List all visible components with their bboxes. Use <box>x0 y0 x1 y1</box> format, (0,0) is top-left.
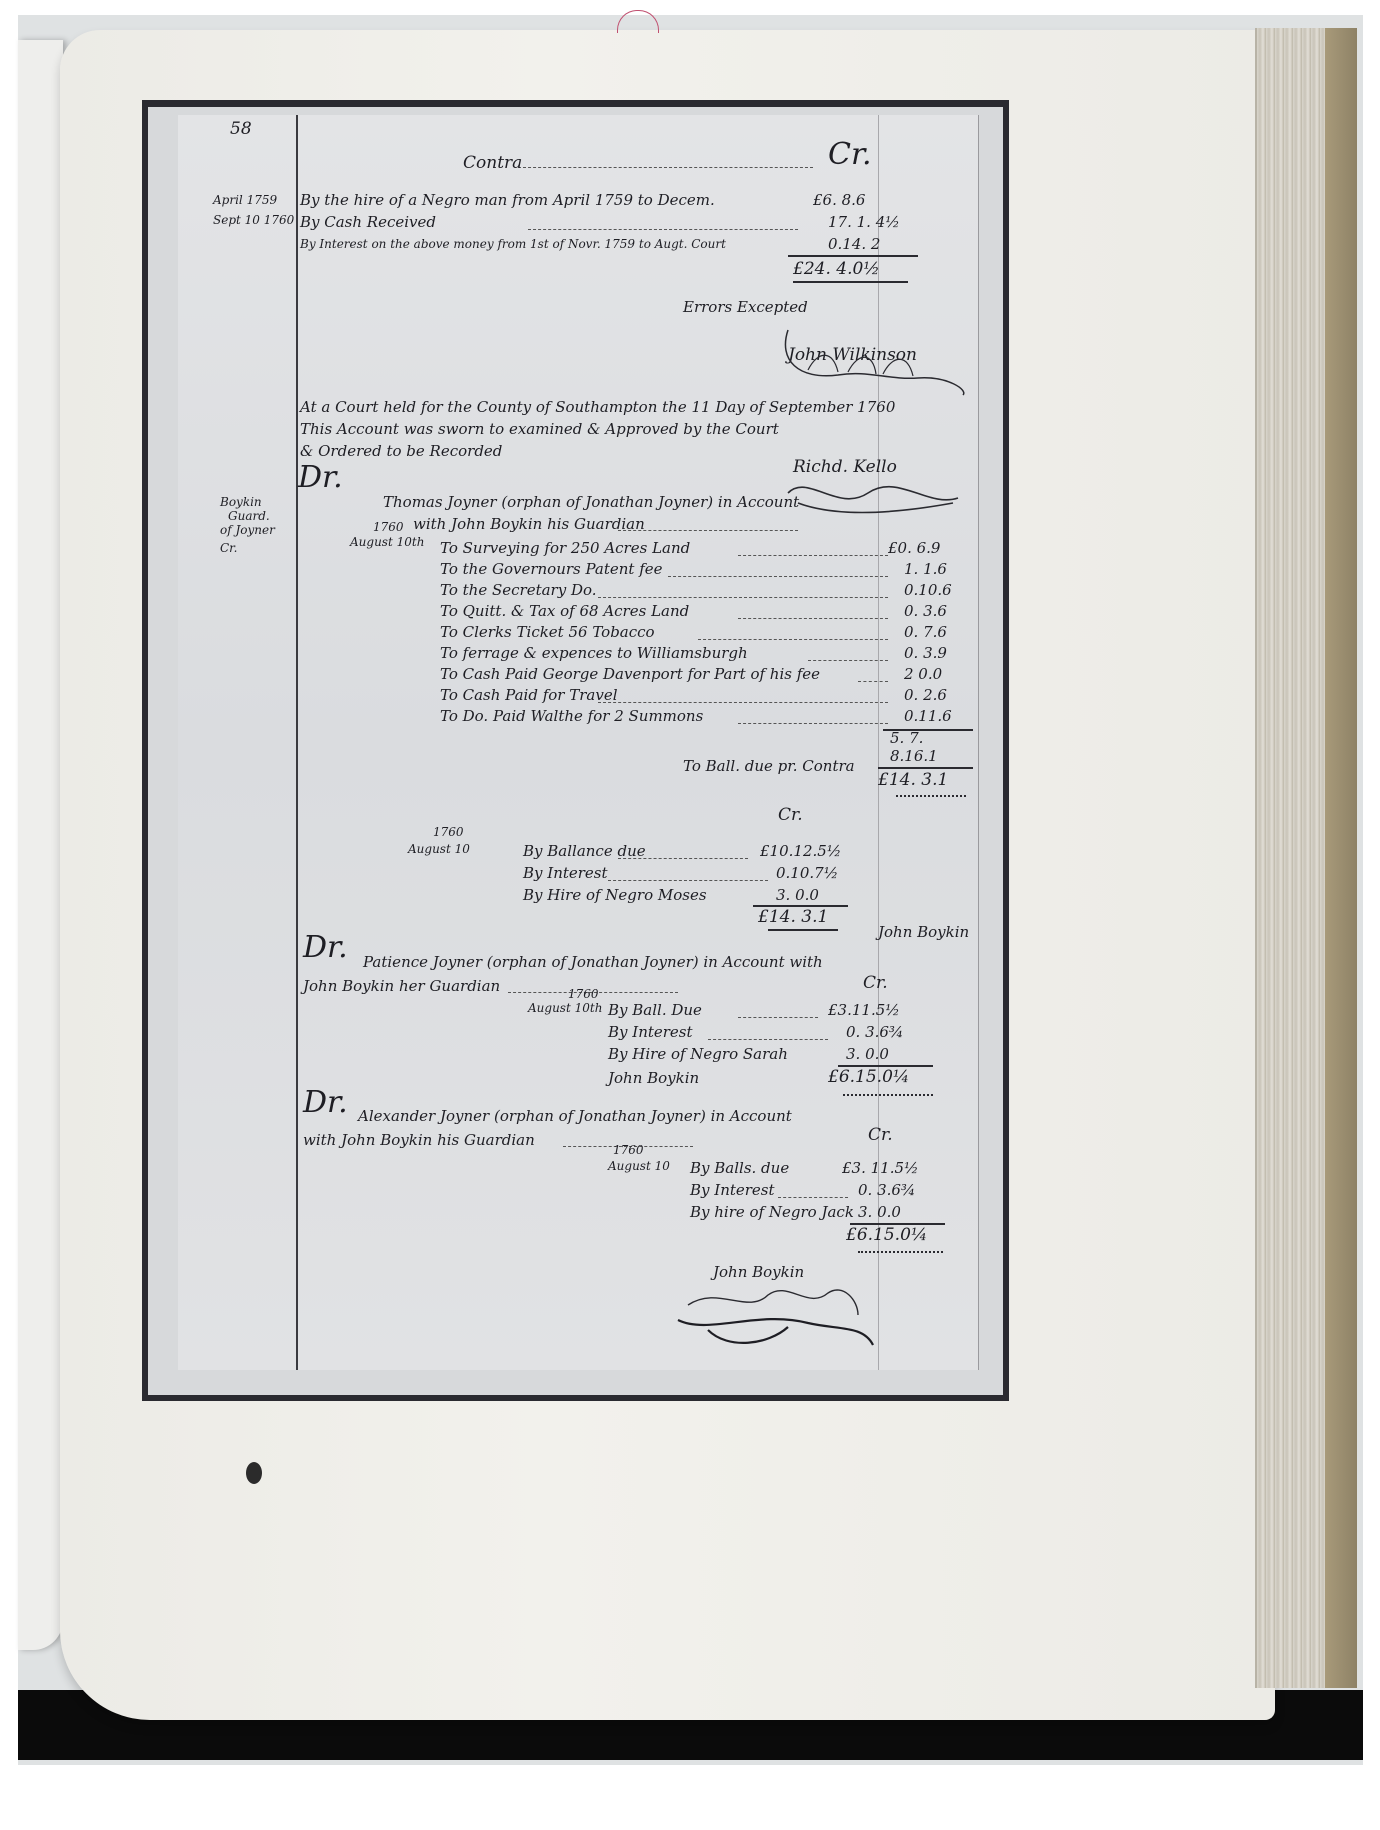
signature-boykin: John Boykin <box>878 923 969 941</box>
ledger-page: 58 Contra Cr. April 1759 Sept 10 1760 By… <box>178 115 979 1370</box>
entry-year: 1760 <box>613 1143 644 1157</box>
ledger-entry-amount: £0. 6.9 <box>888 539 940 557</box>
library-stamp-mark <box>617 10 659 33</box>
ledger-entry-amount: 0. 7.6 <box>904 623 947 641</box>
ledger-entry-text: To the Secretary Do. <box>440 581 597 599</box>
cr-heading: Cr. <box>828 137 872 172</box>
leader-line <box>668 576 888 577</box>
margin-note: of Joyner <box>220 523 275 537</box>
book-cover-edge <box>1325 28 1357 1688</box>
ledger-entry-amount: £3.11.5½ <box>828 1001 900 1019</box>
page-number: 58 <box>230 119 252 139</box>
subtotal-amount: 5. 7. <box>890 729 923 747</box>
book-fore-edge <box>1255 28 1357 1688</box>
double-rule <box>768 929 838 931</box>
leader-line <box>608 880 768 881</box>
leader-line <box>738 618 888 619</box>
ledger-entry-text: To Clerks Ticket 56 Tobacco <box>440 623 655 641</box>
signature-flourish <box>778 320 978 400</box>
ledger-entry-text: By hire of Negro Jack <box>690 1203 854 1221</box>
entry-date: Sept 10 1760 <box>213 213 294 227</box>
header-leader <box>523 167 813 168</box>
leader-line <box>528 229 798 230</box>
account-total: £6.15.0¼ <box>828 1067 909 1087</box>
ledger-entry-text: To ferrage & expences to Williamsburgh <box>440 644 748 662</box>
account-heading: Alexander Joyner (orphan of Jonathan Joy… <box>358 1107 792 1125</box>
leader-line <box>738 555 888 556</box>
signature-flourish <box>778 473 978 523</box>
margin-note: Boykin <box>220 495 262 509</box>
court-record-line: This Account was sworn to examined & App… <box>300 420 779 438</box>
ledger-entry-text: By Interest <box>523 864 608 882</box>
ledger-entry-amount: 0.14. 2 <box>828 235 880 253</box>
ledger-entry-amount: 3. 0.0 <box>858 1203 901 1221</box>
ledger-entry-text: By Interest <box>608 1023 693 1041</box>
margin-note: Guard. <box>228 509 270 523</box>
entry-date: August 10th <box>528 1001 602 1015</box>
account-heading: with John Boykin his Guardian <box>413 515 645 533</box>
leader-line <box>598 702 888 703</box>
ledger-entry-amount: 3. 0.0 <box>776 886 819 904</box>
ledger-entry-text: By Hire of Negro Sarah <box>608 1045 788 1063</box>
cr-heading: Cr. <box>863 973 888 993</box>
account-heading: Thomas Joyner (orphan of Jonathan Joyner… <box>383 493 799 511</box>
leader-line <box>708 1039 828 1040</box>
ledger-entry-text: To Surveying for 250 Acres Land <box>440 539 690 557</box>
court-record-line: & Ordered to be Recorded <box>300 442 502 460</box>
ledger-entry-text: To Ball. due pr. Contra <box>683 757 855 775</box>
margin-note: Cr. <box>220 541 237 555</box>
leader-line <box>778 1197 848 1198</box>
errors-excepted-note: Errors Excepted <box>683 298 808 316</box>
ledger-entry-text: To Do. Paid Walthe for 2 Summons <box>440 707 703 725</box>
left-page-edge <box>18 40 63 1650</box>
stand-screw-icon <box>246 1462 262 1484</box>
ledger-entry-text: To Quitt. & Tax of 68 Acres Land <box>440 602 689 620</box>
cr-heading: Cr. <box>868 1125 893 1145</box>
double-rule <box>843 1090 933 1096</box>
dr-heading: Dr. <box>298 460 343 495</box>
ledger-entry-amount: 0.10.7½ <box>776 864 838 882</box>
ledger-entry-amount: 8.16.1 <box>890 747 938 765</box>
ledger-entry-amount: 0. 2.6 <box>904 686 947 704</box>
ledger-entry-amount: 0. 3.6 <box>904 602 947 620</box>
entry-year: 1760 <box>373 520 404 534</box>
facsimile-frame: 58 Contra Cr. April 1759 Sept 10 1760 By… <box>142 100 1009 1401</box>
account-heading: John Boykin her Guardian <box>303 977 500 995</box>
signature-boykin: John Boykin <box>608 1069 699 1087</box>
ledger-entry-text: By Cash Received <box>300 213 436 231</box>
leader-line <box>618 858 748 859</box>
ledger-entry-amount: 0.10.6 <box>904 581 952 599</box>
ledger-entry-amount: £10.12.5½ <box>760 842 841 860</box>
signature-flourish <box>668 1275 888 1355</box>
leader-line <box>598 597 888 598</box>
double-rule <box>793 281 908 283</box>
ledger-entry-amount: £3. 11.5½ <box>842 1159 919 1177</box>
entry-date: August 10th <box>350 535 424 549</box>
ledger-entry-amount: £6. 8.6 <box>813 191 865 209</box>
account-total: £6.15.0¼ <box>846 1225 927 1245</box>
margin-rule <box>296 115 298 1370</box>
sum-rule <box>788 255 918 257</box>
ledger-entry-text: By Ball. Due <box>608 1001 702 1019</box>
ledger-entry-text: To Cash Paid George Davenport for Part o… <box>440 665 820 683</box>
ledger-entry-amount: 0. 3.9 <box>904 644 947 662</box>
ledger-entry-text: To Cash Paid for Travel <box>440 686 618 704</box>
double-rule <box>858 1247 943 1253</box>
ledger-entry-amount: 1. 1.6 <box>904 560 947 578</box>
leader-line <box>738 723 888 724</box>
ledger-entry-text: By the hire of a Negro man from April 17… <box>300 191 715 209</box>
ledger-entry-amount: 2 0.0 <box>904 665 942 683</box>
court-record-line: At a Court held for the County of Southa… <box>300 398 895 416</box>
ledger-entry-text: By Interest on the above money from 1st … <box>300 237 726 251</box>
entry-year: 1760 <box>568 987 599 1001</box>
account-total: £14. 3.1 <box>758 907 828 927</box>
entry-date: August 10 <box>408 842 470 856</box>
dr-heading: Dr. <box>303 930 348 965</box>
entry-date: April 1759 <box>213 193 277 207</box>
ledger-entry-text: By Hire of Negro Moses <box>523 886 707 904</box>
leader-line <box>858 681 888 682</box>
entry-date: August 10 <box>608 1159 670 1173</box>
double-rule <box>896 791 966 797</box>
ledger-entry-amount: 0. 3.6¾ <box>858 1181 915 1199</box>
account-heading: with John Boykin his Guardian <box>303 1131 535 1149</box>
cr-heading: Cr. <box>778 805 803 825</box>
dr-heading: Dr. <box>303 1085 348 1120</box>
ledger-entry-text: To the Governours Patent fee <box>440 560 663 578</box>
leader-line <box>618 530 798 531</box>
account-heading: Patience Joyner (orphan of Jonathan Joyn… <box>363 953 823 971</box>
leader-line <box>738 1017 818 1018</box>
contra-heading: Contra <box>463 153 522 173</box>
ledger-entry-text: By Balls. due <box>690 1159 789 1177</box>
leader-line <box>808 660 888 661</box>
ledger-entry-amount: 17. 1. 4½ <box>828 213 900 231</box>
entry-year: 1760 <box>433 825 464 839</box>
account-total: £14. 3.1 <box>878 770 948 790</box>
ledger-entry-amount: 3. 0.0 <box>846 1045 889 1063</box>
sum-rule <box>878 767 973 769</box>
ledger-entry-text: By Interest <box>690 1181 775 1199</box>
ledger-entry-amount: 0. 3.6¾ <box>846 1023 903 1041</box>
contra-total: £24. 4.0½ <box>793 259 880 279</box>
ledger-entry-amount: 0.11.6 <box>904 707 952 725</box>
leader-line <box>698 639 888 640</box>
